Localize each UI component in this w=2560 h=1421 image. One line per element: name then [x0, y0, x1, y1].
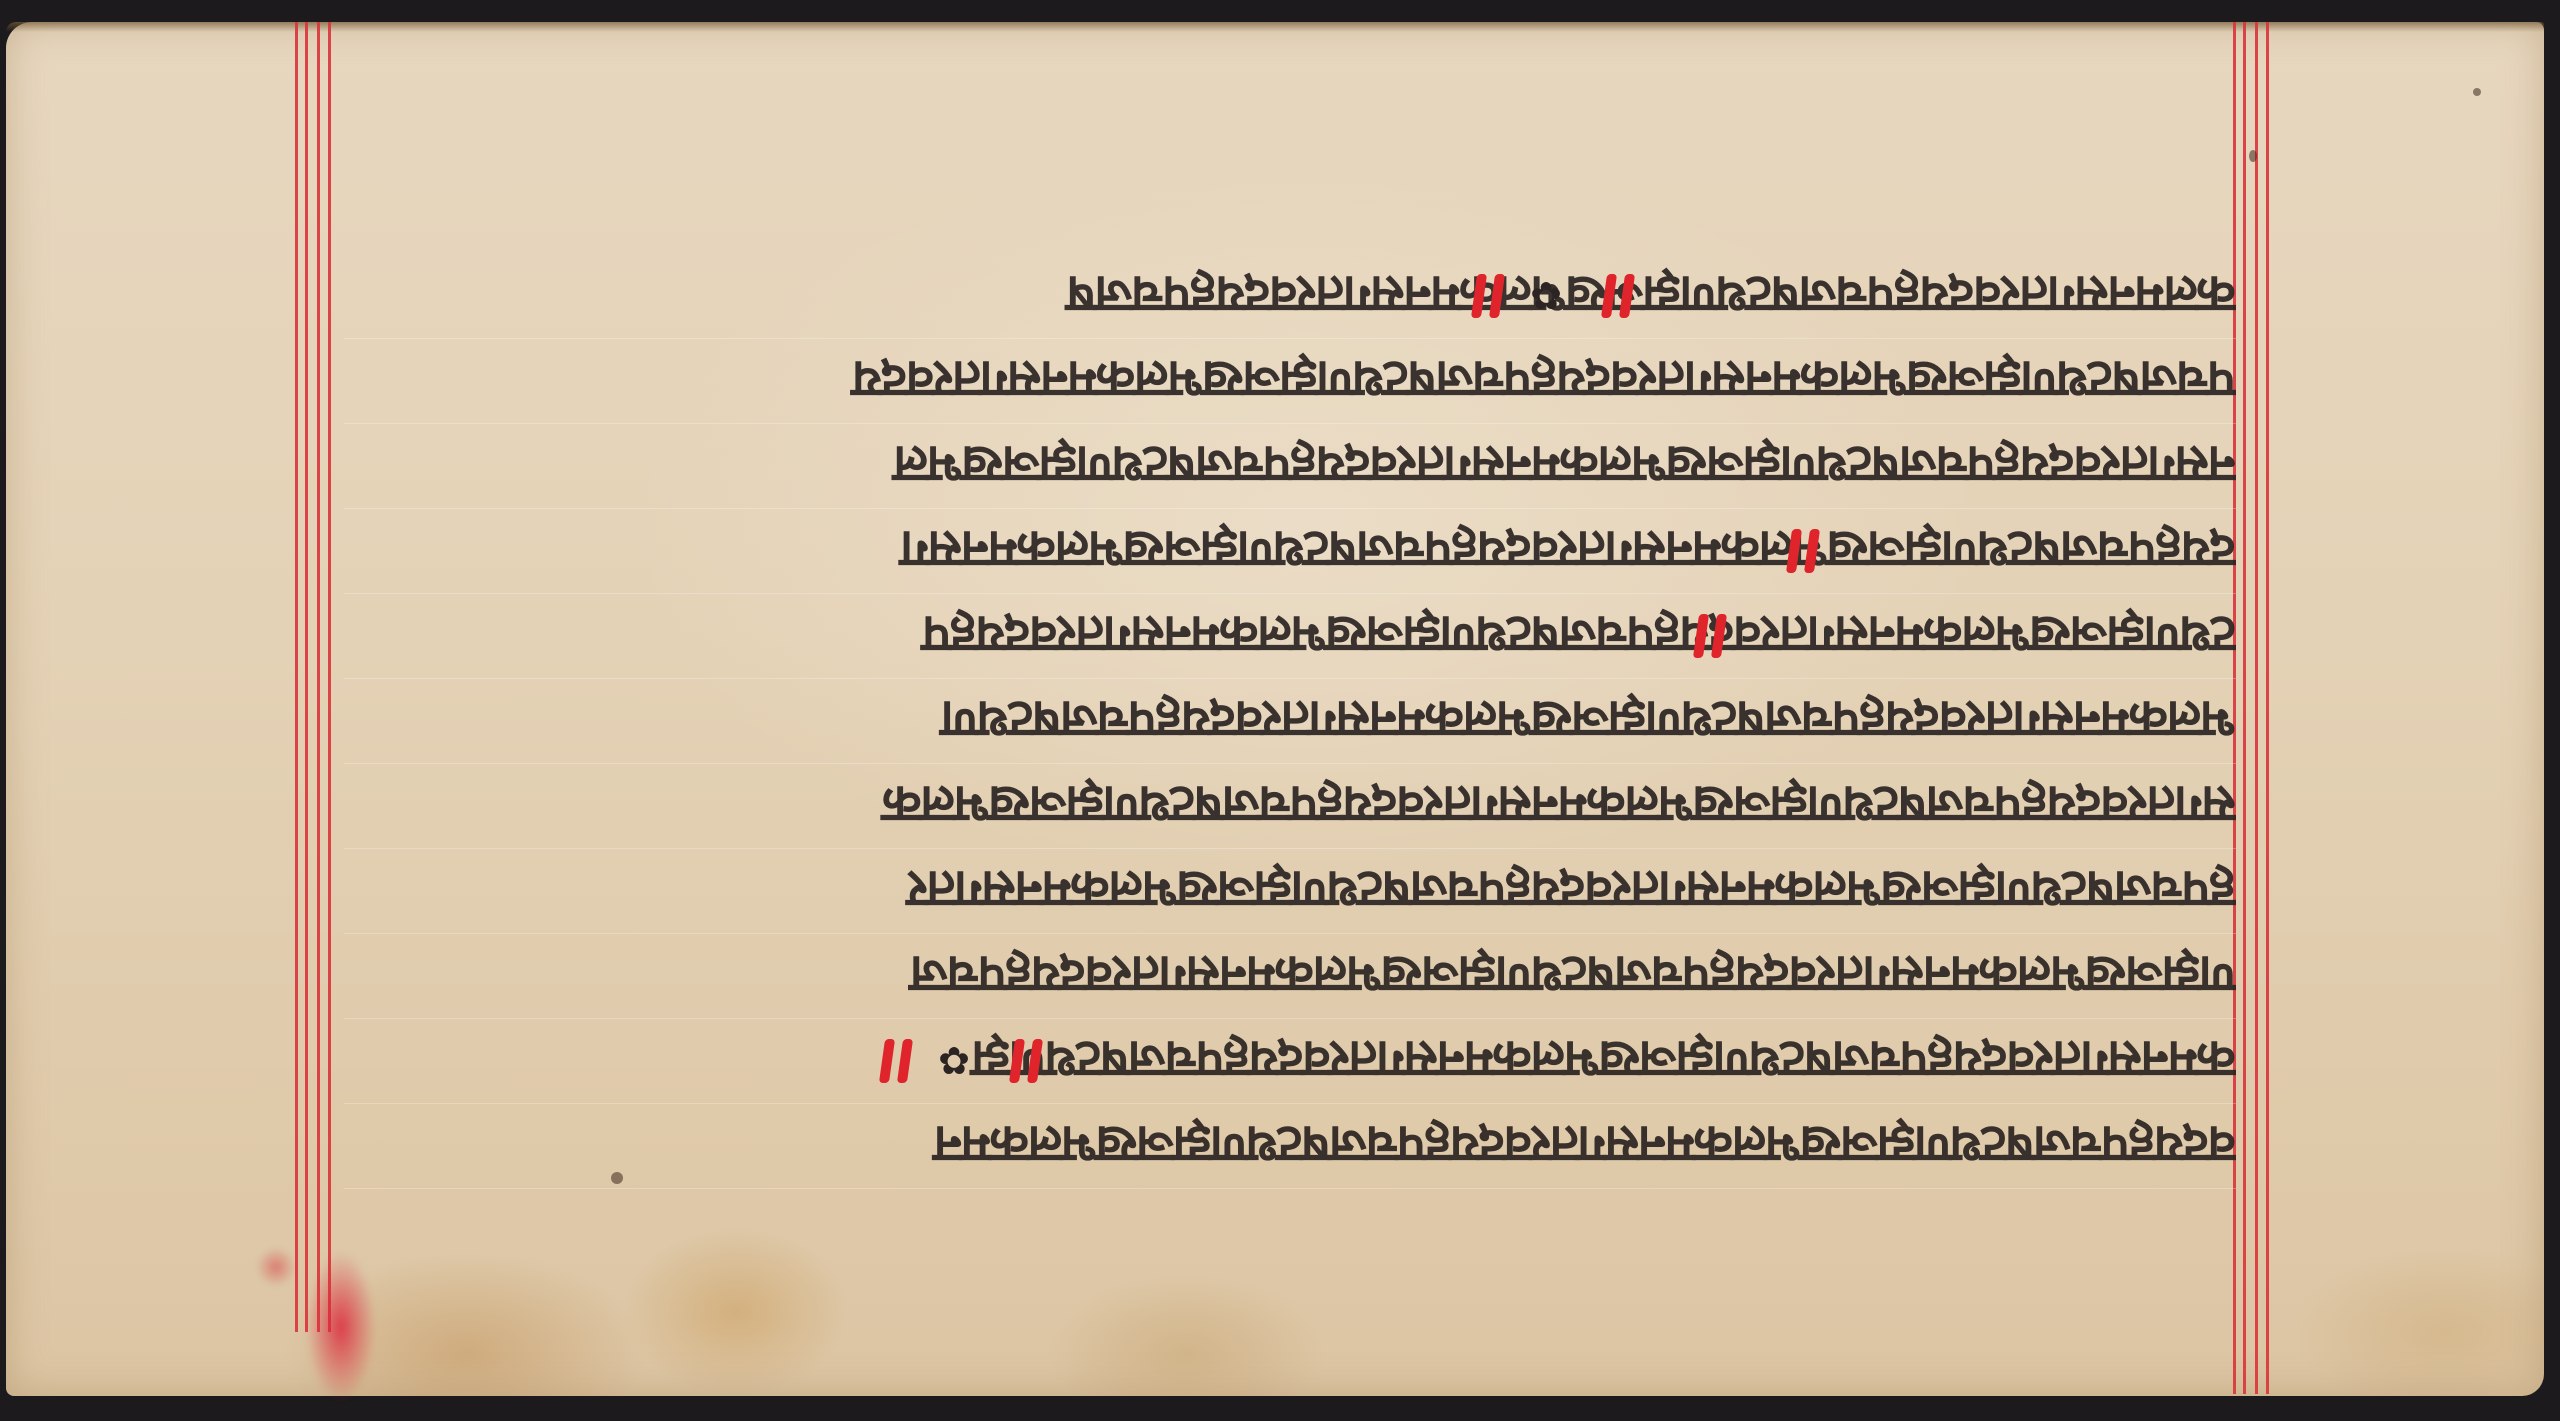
text-line-10: कमनसगतरवदयहपचजषटथणझञखभलकमनसगतरवदयहपचजषटथ…	[344, 1019, 2236, 1104]
red-double-danda	[1012, 1039, 1046, 1085]
manuscript-text: कलमनसगतरवदयहपचजषटथणझञखभलकमनसगतरवदयहपचजष …	[344, 254, 2236, 1189]
text-line-6: भलकमनसगतरवदयहपचजषटथणझञखभलकमनसगतरवदयहपचजष…	[344, 679, 2236, 764]
text-line-1: कलमनसगतरवदयहपचजषटथणझञखभलकमनसगतरवदयहपचजष …	[344, 254, 2236, 339]
red-double-danda	[1604, 274, 1638, 320]
red-double-danda	[1789, 529, 1823, 575]
text-line-4: दयहपचजषटथणझञखभलकमनसगतरवदयहपचजषटथणझञखभलकम…	[344, 509, 2236, 594]
ink-spot	[2249, 150, 2257, 162]
folio-top-edge	[6, 22, 2544, 32]
manuscript-folio: कलमनसगतरवदयहपचजषटथणझञखभलकमनसगतरवदयहपचजष …	[6, 22, 2544, 1396]
text-line-3: नसगतरवदयहपचजषटथणझञखभलकमनसगतरवदयहपचजषटथणझ…	[344, 424, 2236, 509]
flower-ornament-icon: ✿	[932, 1041, 976, 1081]
red-ink-stain-small	[256, 1247, 296, 1287]
red-double-danda	[882, 1039, 916, 1085]
red-ink-stain	[306, 1252, 376, 1402]
ink-spot	[2473, 88, 2481, 96]
text-line-5: टथणझञखभलकमनसगतरवदयहपचजषटथणझञखभलकमनसगतरवद…	[344, 594, 2236, 679]
text-line-7: सगतरवदयहपचजषटथणझञखभलकमनसगतरवदयहपचजषटथणझञ…	[344, 764, 2236, 849]
flower-ornament-icon: ✿	[1524, 276, 1568, 316]
text-line-9: णझञखभलकमनसगतरवदयहपचजषटथणझञखभलकमनसगतरवदयह…	[344, 934, 2236, 1019]
text-line-8: हपचजषटथणझञखभलकमनसगतरवदयहपचजषटथणझञखभलकमनस…	[344, 849, 2236, 934]
text-line-2: पचजषटथणझञखभलकमनसगतरवदयहपचजषटथणझञखभलकमनसग…	[344, 339, 2236, 424]
text-line-11: वदयहपचजषटथणझञखभलकमनसगतरवदयहपचजषटथणझञखभलक…	[344, 1104, 2236, 1189]
red-double-danda	[1696, 614, 1730, 660]
red-double-danda	[1474, 274, 1508, 320]
